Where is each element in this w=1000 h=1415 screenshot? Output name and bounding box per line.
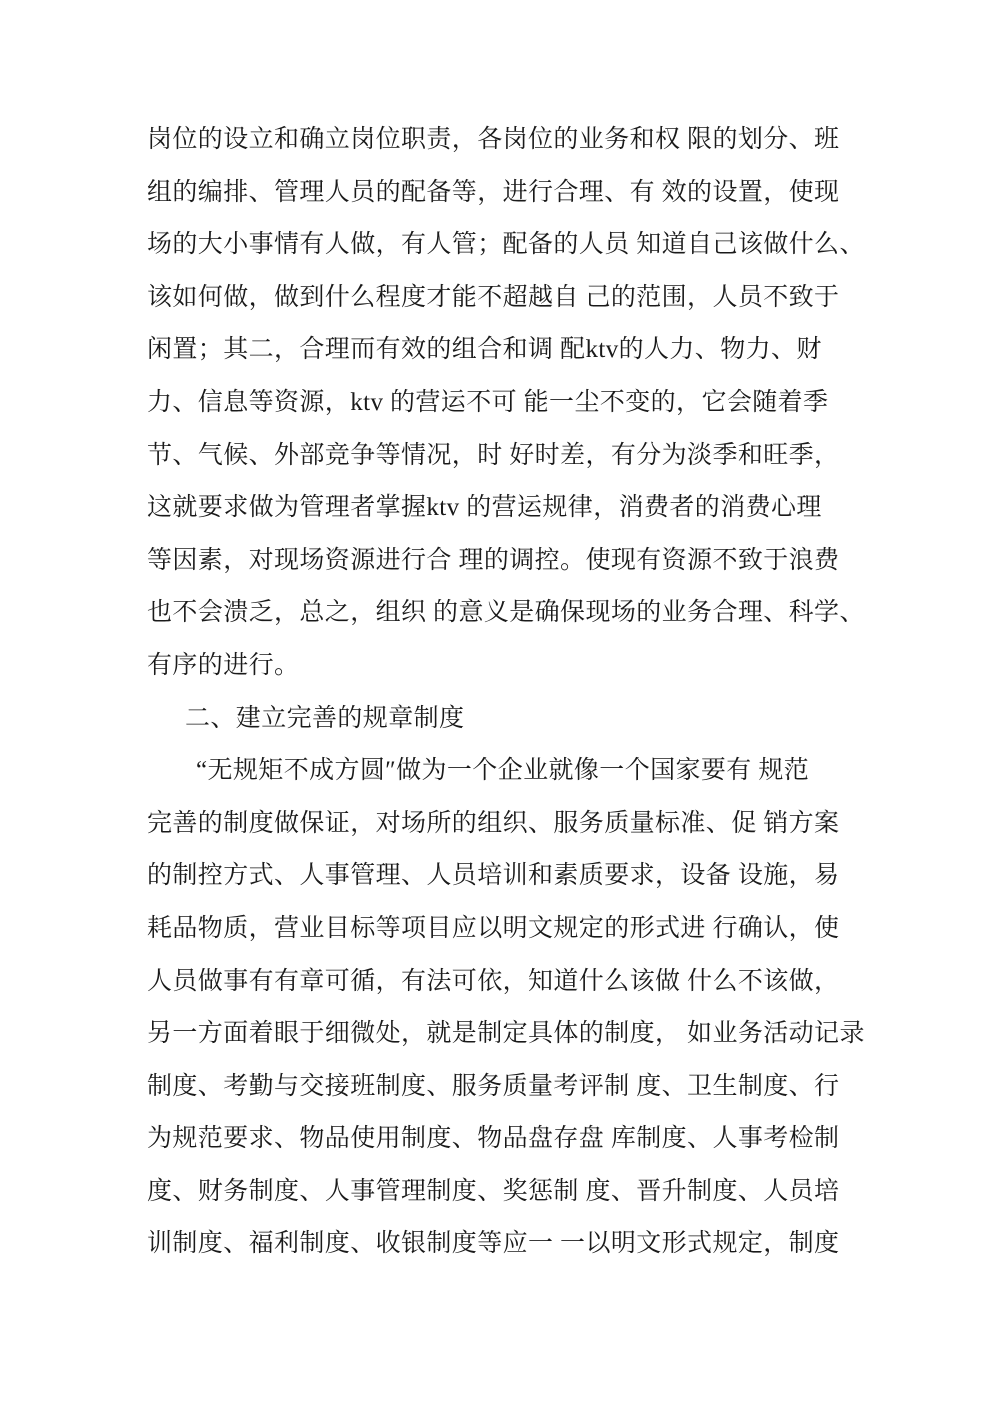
text-line: 制度、考勤与交接班制度、服务质量考评制 度、卫生制度、行 — [147, 1061, 863, 1114]
text-line: “无规矩不成方圆″做为一个企业就像一个国家要有 规范 — [147, 745, 863, 798]
text-line: 训制度、福利制度、收银制度等应一 一以明文形式规定，制度 — [147, 1218, 863, 1271]
text-line: 该如何做，做到什么程度才能不超越自 己的范围，人员不致于 — [147, 272, 863, 325]
text-line: 的制控方式、人事管理、人员培训和素质要求，设备 设施，易 — [147, 850, 863, 903]
text-line: 闲置；其二，合理而有效的组合和调 配ktv的人力、物力、财 — [147, 324, 863, 377]
document-page: 岗位的设立和确立岗位职责，各岗位的业务和权 限的划分、班 组的编排、管理人员的配… — [0, 0, 1000, 1415]
text-line: 节、气候、外部竞争等情况，时 好时差，有分为淡季和旺季， — [147, 430, 863, 483]
text-line: 人员做事有有章可循，有法可依，知道什么该做 什么不该做， — [147, 956, 863, 1009]
text-line: 这就要求做为管理者掌握ktv 的营运规律，消费者的消费心理 — [147, 482, 863, 535]
text-line: 也不会溃乏，总之，组织 的意义是确保现场的业务合理、科学、 — [147, 587, 863, 640]
text-line: 完善的制度做保证，对场所的组织、服务质量标准、促 销方案 — [147, 798, 863, 851]
text-line: 组的编排、管理人员的配备等，进行合理、有 效的设置，使现 — [147, 167, 863, 220]
text-line: 场的大小事情有人做，有人管；配备的人员 知道自己该做什么、 — [147, 219, 863, 272]
text-line: 为规范要求、物品使用制度、物品盘存盘 库制度、人事考检制 — [147, 1113, 863, 1166]
text-line: 有序的进行。 — [147, 640, 863, 693]
text-line: 另一方面着眼于细微处，就是制定具体的制度， 如业务活动记录 — [147, 1008, 863, 1061]
text-line: 等因素，对现场资源进行合 理的调控。使现有资源不致于浪费 — [147, 535, 863, 588]
text-line: 岗位的设立和确立岗位职责，各岗位的业务和权 限的划分、班 — [147, 114, 863, 167]
text-line: 度、财务制度、人事管理制度、奖惩制 度、晋升制度、人员培 — [147, 1166, 863, 1219]
text-line: 力、信息等资源，ktv 的营运不可 能一尘不变的，它会随着季 — [147, 377, 863, 430]
text-line: 耗品物质，营业目标等项目应以明文规定的形式进 行确认，使 — [147, 903, 863, 956]
document-body: 岗位的设立和确立岗位职责，各岗位的业务和权 限的划分、班 组的编排、管理人员的配… — [147, 114, 863, 1271]
section-heading: 二、建立完善的规章制度 — [147, 693, 863, 746]
